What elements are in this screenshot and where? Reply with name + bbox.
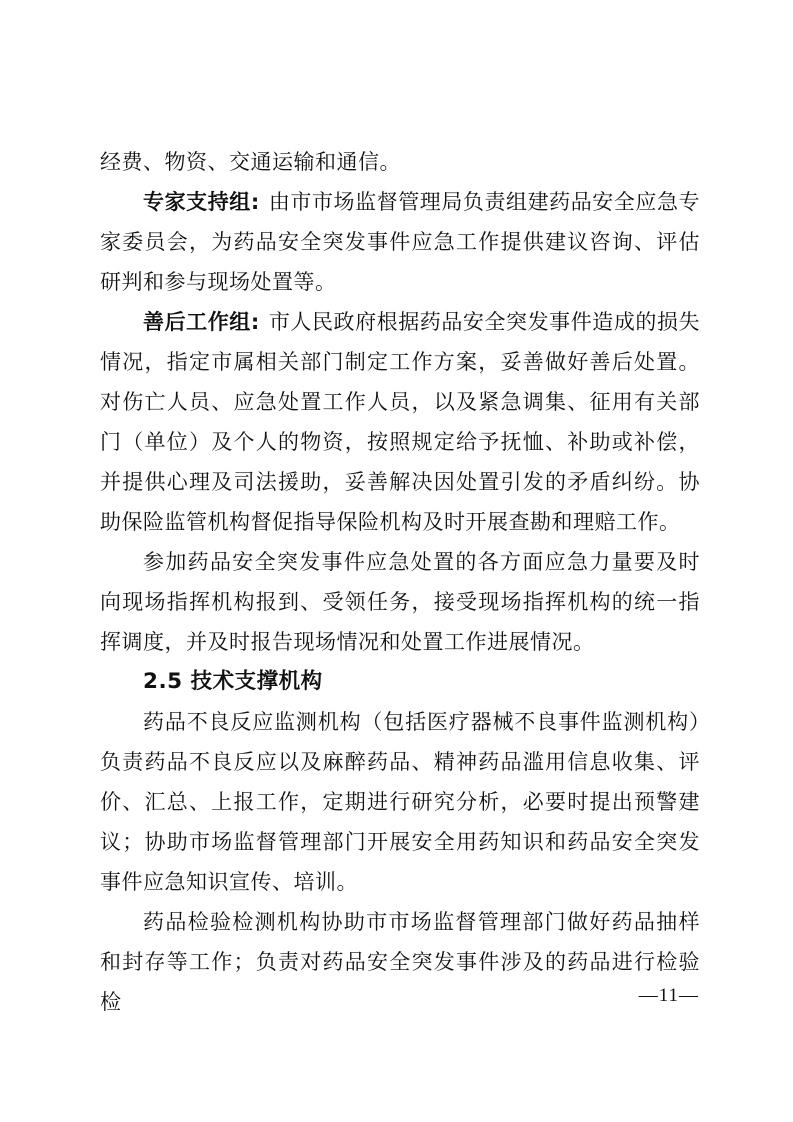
paragraph-lead: 善后工作组: (143, 310, 260, 334)
paragraph-adr-monitoring: 药品不良反应监测机构（包括医疗器械不良事件监测机构）负责药品不良反应以及麻醉药品… (100, 702, 700, 902)
paragraph-drug-testing: 药品检验检测机构协助市市场监督管理部门做好药品抽样和封存等工作；负责对药品安全突… (100, 902, 700, 1022)
paragraph-aftermath-group: 善后工作组:市人民政府根据药品安全突发事件造成的损失情况，指定市属相关部门制定工… (100, 302, 700, 542)
text-block: 经费、物资、交通运输和通信。 专家支持组:由市市场监督管理局负责组建药品安全应急… (100, 142, 700, 1022)
section-heading-2-5: 2.5 技术支撑机构 (100, 662, 700, 702)
paragraph-emergency-forces: 参加药品安全突发事件应急处置的各方面应急力量要及时向现场指挥机构报到、受领任务，… (100, 542, 700, 662)
page-number: —11— (639, 982, 699, 1010)
paragraph-expert-support-group: 专家支持组:由市市场监督管理局负责组建药品安全应急专家委员会，为药品安全突发事件… (100, 182, 700, 302)
document-page: 经费、物资、交通运输和通信。 专家支持组:由市市场监督管理局负责组建药品安全应急… (0, 0, 793, 1122)
paragraph-continuation: 经费、物资、交通运输和通信。 (100, 142, 700, 182)
paragraph-text: 市人民政府根据药品安全突发事件造成的损失情况，指定市属相关部门制定工作方案，妥善… (100, 310, 700, 534)
paragraph-lead: 专家支持组: (143, 190, 260, 214)
